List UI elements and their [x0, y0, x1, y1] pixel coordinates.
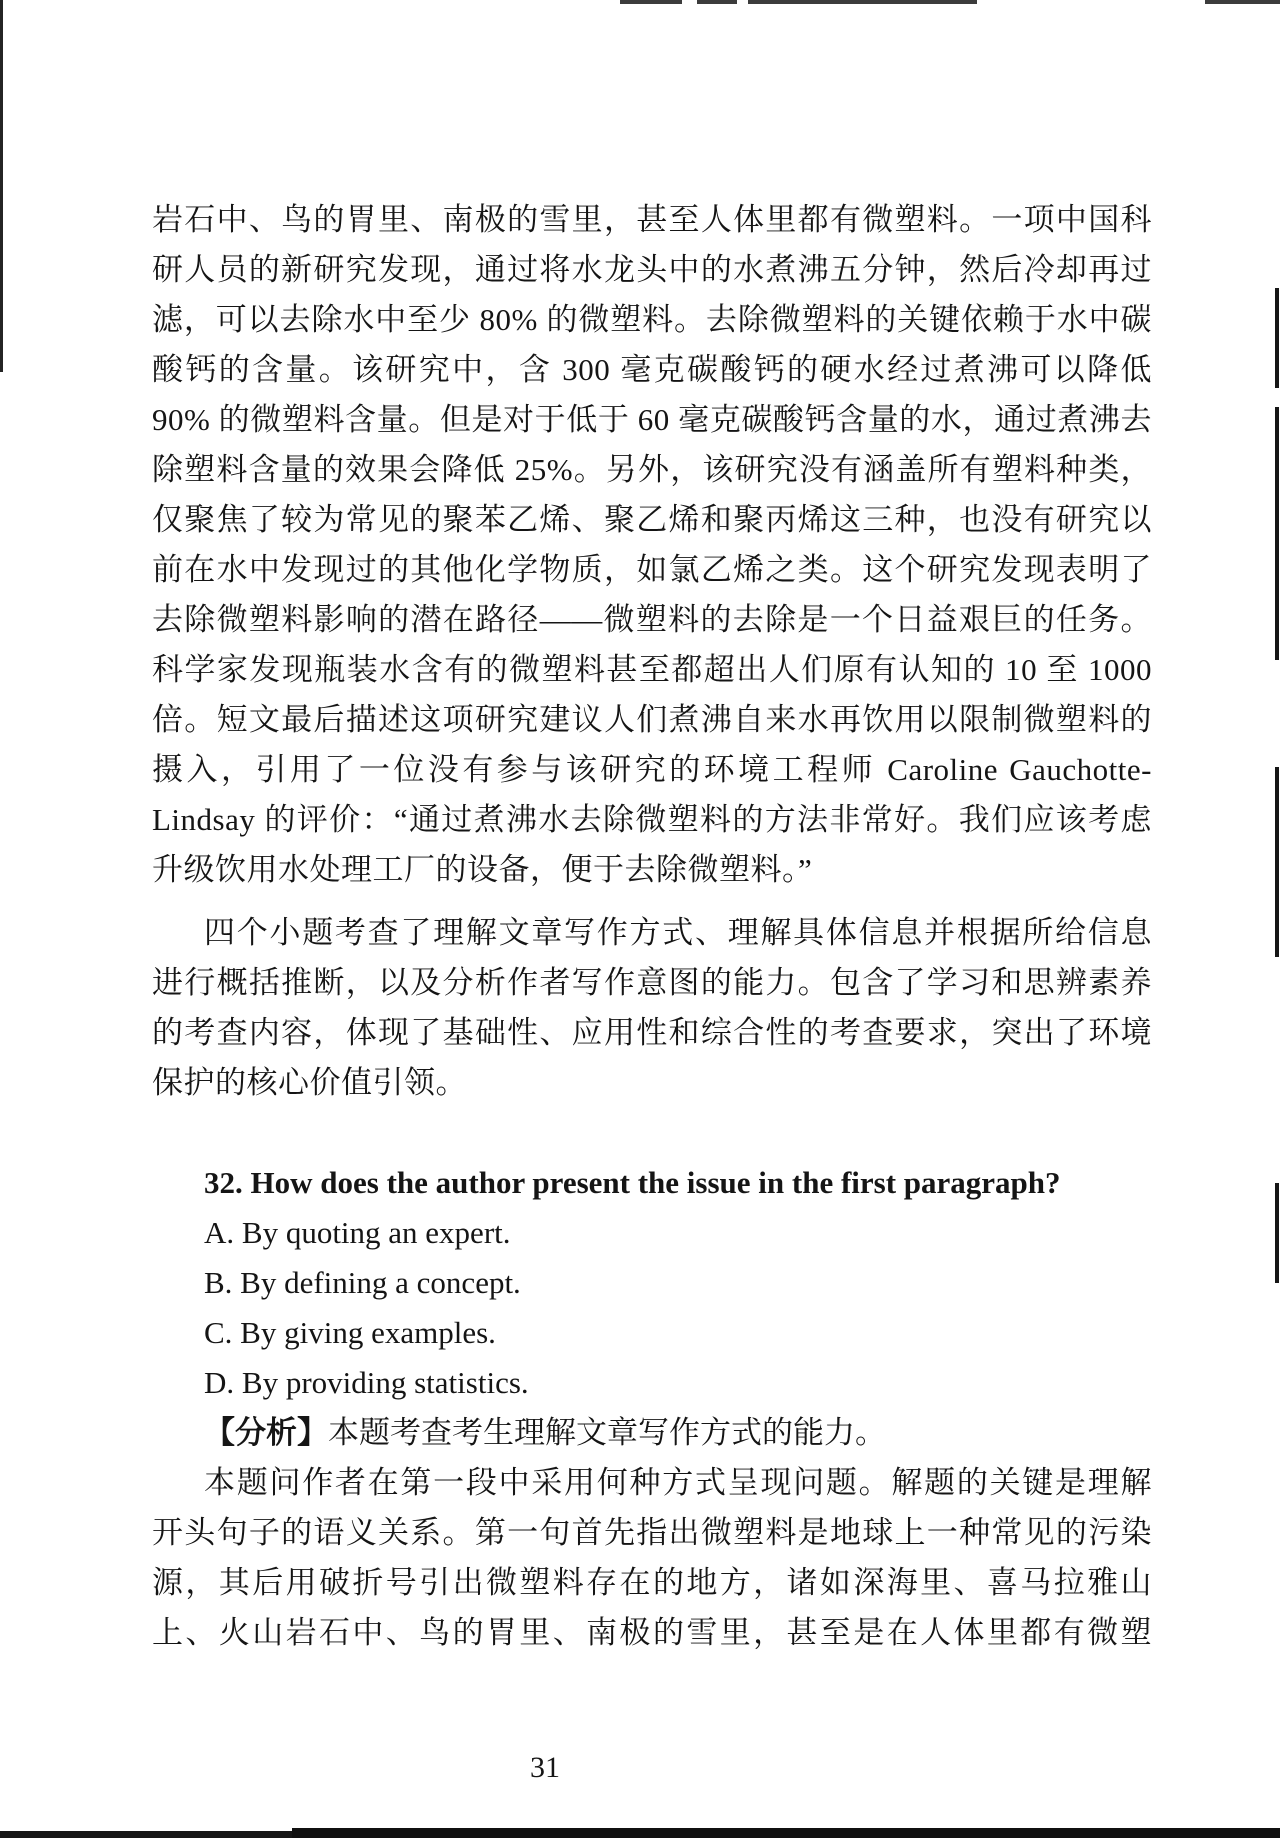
text-line: 本题问作者在第一段中采用何种方式呈现问题。解题的关键是理解	[152, 1458, 1152, 1508]
scan-edge-top-line-1	[748, 0, 977, 4]
paragraph-passage-summary: 岩石中、鸟的胃里、南极的雪里，甚至人体里都有微塑料。一项中国科 研人员的新研究发…	[152, 195, 1152, 895]
text-line: 开头句子的语义关系。第一句首先指出微塑料是地球上一种常见的污染	[152, 1508, 1152, 1558]
text-line: 科学家发现瓶装水含有的微塑料甚至都超出人们原有认知的 10 至 1000	[152, 645, 1152, 695]
text-line: 的考查内容，体现了基础性、应用性和综合性的考查要求，突出了环境	[152, 1008, 1152, 1058]
text-line: 保护的核心价值引领。	[152, 1058, 1152, 1108]
scan-edge-left-line	[0, 0, 3, 372]
text-line: 升级饮用水处理工厂的设备，便于去除微塑料。”	[152, 845, 1152, 895]
text-line: 上、火山岩石中、鸟的胃里、南极的雪里，甚至是在人体里都有微塑	[152, 1608, 1152, 1658]
scan-edge-top-dash-1	[620, 0, 682, 4]
scan-edge-right-seg-1	[1275, 288, 1279, 388]
scan-edge-right-seg-4	[1275, 1183, 1279, 1283]
text-line: 倍。短文最后描述这项研究建议人们煮沸自来水再饮用以限制微塑料的	[152, 695, 1152, 745]
document-page: 岩石中、鸟的胃里、南极的雪里，甚至人体里都有微塑料。一项中国科 研人员的新研究发…	[0, 0, 1280, 1838]
analysis-text: 本题考查考生理解文章写作方式的能力。	[328, 1415, 886, 1450]
text-line: 前在水中发现过的其他化学物质，如氯乙烯之类。这个研究发现表明了	[152, 545, 1152, 595]
analysis-label: 【分析】	[204, 1415, 328, 1450]
text-line: 摄入，引用了一位没有参与该研究的环境工程师 Caroline Gauchotte…	[152, 745, 1152, 795]
text-line: 90% 的微塑料含量。但是对于低于 60 毫克碳酸钙含量的水，通过煮沸去	[152, 395, 1152, 445]
text-line: 仅聚焦了较为常见的聚苯乙烯、聚乙烯和聚丙烯这三种，也没有研究以	[152, 495, 1152, 545]
text-line: 研人员的新研究发现，通过将水龙头中的水煮沸五分钟，然后冷却再过	[152, 245, 1152, 295]
text-line: 四个小题考查了理解文章写作方式、理解具体信息并根据所给信息	[152, 908, 1152, 958]
option-c: C. By giving examples.	[204, 1308, 1152, 1358]
analysis-line: 【分析】本题考查考生理解文章写作方式的能力。	[204, 1408, 1152, 1458]
text-line: 去除微塑料影响的潜在路径——微塑料的去除是一个日益艰巨的任务。	[152, 595, 1152, 645]
text-column: 岩石中、鸟的胃里、南极的雪里，甚至人体里都有微塑料。一项中国科 研人员的新研究发…	[152, 195, 1152, 1658]
text-line: 岩石中、鸟的胃里、南极的雪里，甚至人体里都有微塑料。一项中国科	[152, 195, 1152, 245]
scan-edge-right-seg-2	[1275, 407, 1279, 660]
text-line: 除塑料含量的效果会降低 25%。另外，该研究没有涵盖所有塑料种类，	[152, 445, 1152, 495]
question-title: 32. How does the author present the issu…	[204, 1158, 1152, 1208]
text-line: 进行概括推断，以及分析作者写作意图的能力。包含了学习和思辨素养	[152, 958, 1152, 1008]
text-line: 源，其后用破折号引出微塑料存在的地方，诸如深海里、喜马拉雅山	[152, 1558, 1152, 1608]
option-d: D. By providing statistics.	[204, 1358, 1152, 1408]
scan-edge-top-dash-2	[697, 0, 737, 4]
text-line: 滤，可以去除水中至少 80% 的微塑料。去除微塑料的关键依赖于水中碳	[152, 295, 1152, 345]
scan-edge-top-line-2	[1205, 0, 1280, 4]
question-block: 32. How does the author present the issu…	[204, 1158, 1152, 1408]
paragraph-analysis-body: 本题问作者在第一段中采用何种方式呈现问题。解题的关键是理解 开头句子的语义关系。…	[152, 1458, 1152, 1658]
text-line: 酸钙的含量。该研究中，含 300 毫克碳酸钙的硬水经过煮沸可以降低	[152, 345, 1152, 395]
option-a: A. By quoting an expert.	[204, 1208, 1152, 1258]
page-number: 31	[505, 1748, 585, 1788]
scan-edge-right-seg-3	[1275, 767, 1279, 957]
option-b: B. By defining a concept.	[204, 1258, 1152, 1308]
text-line: Lindsay 的评价：“通过煮沸水去除微塑料的方法非常好。我们应该考虑	[152, 795, 1152, 845]
scan-edge-bottom-thick	[292, 1828, 1280, 1838]
scan-edge-bottom-thin	[0, 1831, 292, 1838]
paragraph-exam-comment: 四个小题考查了理解文章写作方式、理解具体信息并根据所给信息 进行概括推断，以及分…	[152, 908, 1152, 1108]
